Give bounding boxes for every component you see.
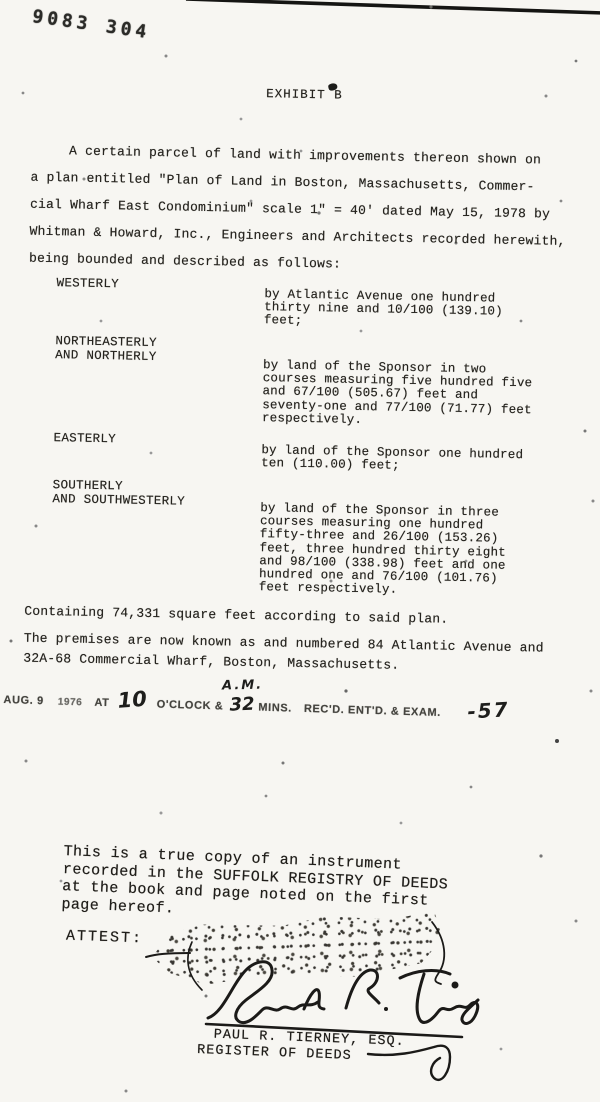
scanned-deed-document: 9083 304 EXHIBIT B A certain parcel of l… — [0, 0, 600, 1102]
recording-stamp: AUG. 9 1976 AT 10 O'CLOCK & 32 MINS. REC… — [3, 684, 564, 741]
boundary-desc-westerly: by Atlantic Avenue one hundred thirty ni… — [264, 288, 535, 333]
book-page-number: 9083 304 — [31, 6, 151, 43]
boundary-desc-easterly: by land of the Sponsor one hundred ten (… — [261, 444, 531, 476]
handwritten-hour: 10 — [117, 687, 148, 713]
paper-noise-specks — [0, 0, 2, 2]
boundary-desc-southerly: by land of the Sponsor in three courses … — [259, 502, 531, 600]
boundary-label-northeasterly: NORTHEASTERLY AND NORTHERLY — [55, 335, 157, 364]
premises-statement: The premises are now known as and number… — [23, 629, 544, 678]
paul-tierney-signature — [128, 912, 498, 1102]
typed-body: EXHIBIT B A certain parcel of land with … — [0, 0, 600, 12]
boundary-label-westerly: WESTERLY — [56, 277, 119, 292]
stamp-mins-label: MINS. — [258, 702, 292, 715]
stamp-year: 1976 — [58, 697, 83, 709]
handwritten-meridiem: A.M. — [222, 678, 263, 694]
boundary-desc-northeasterly: by land of the Sponsor in two courses me… — [262, 359, 533, 430]
handwritten-minutes: 32 — [229, 694, 255, 716]
area-statement: Containing 74,331 square feet according … — [24, 604, 448, 627]
stamp-at-label: AT — [94, 697, 109, 709]
intro-paragraph: A certain parcel of land with improvemen… — [29, 137, 583, 283]
boundary-label-southerly: SOUTHERLY AND SOUTHWESTERLY — [52, 479, 185, 509]
boundary-label-easterly: EASTERLY — [53, 432, 116, 447]
stamp-month-day: AUG. 9 — [3, 694, 44, 707]
handwritten-docket-number: -57 — [466, 697, 509, 723]
stamp-oclock-label: O'CLOCK & — [156, 699, 223, 713]
stamp-recd-label: REC'D. ENT'D. & EXAM. — [304, 703, 441, 719]
